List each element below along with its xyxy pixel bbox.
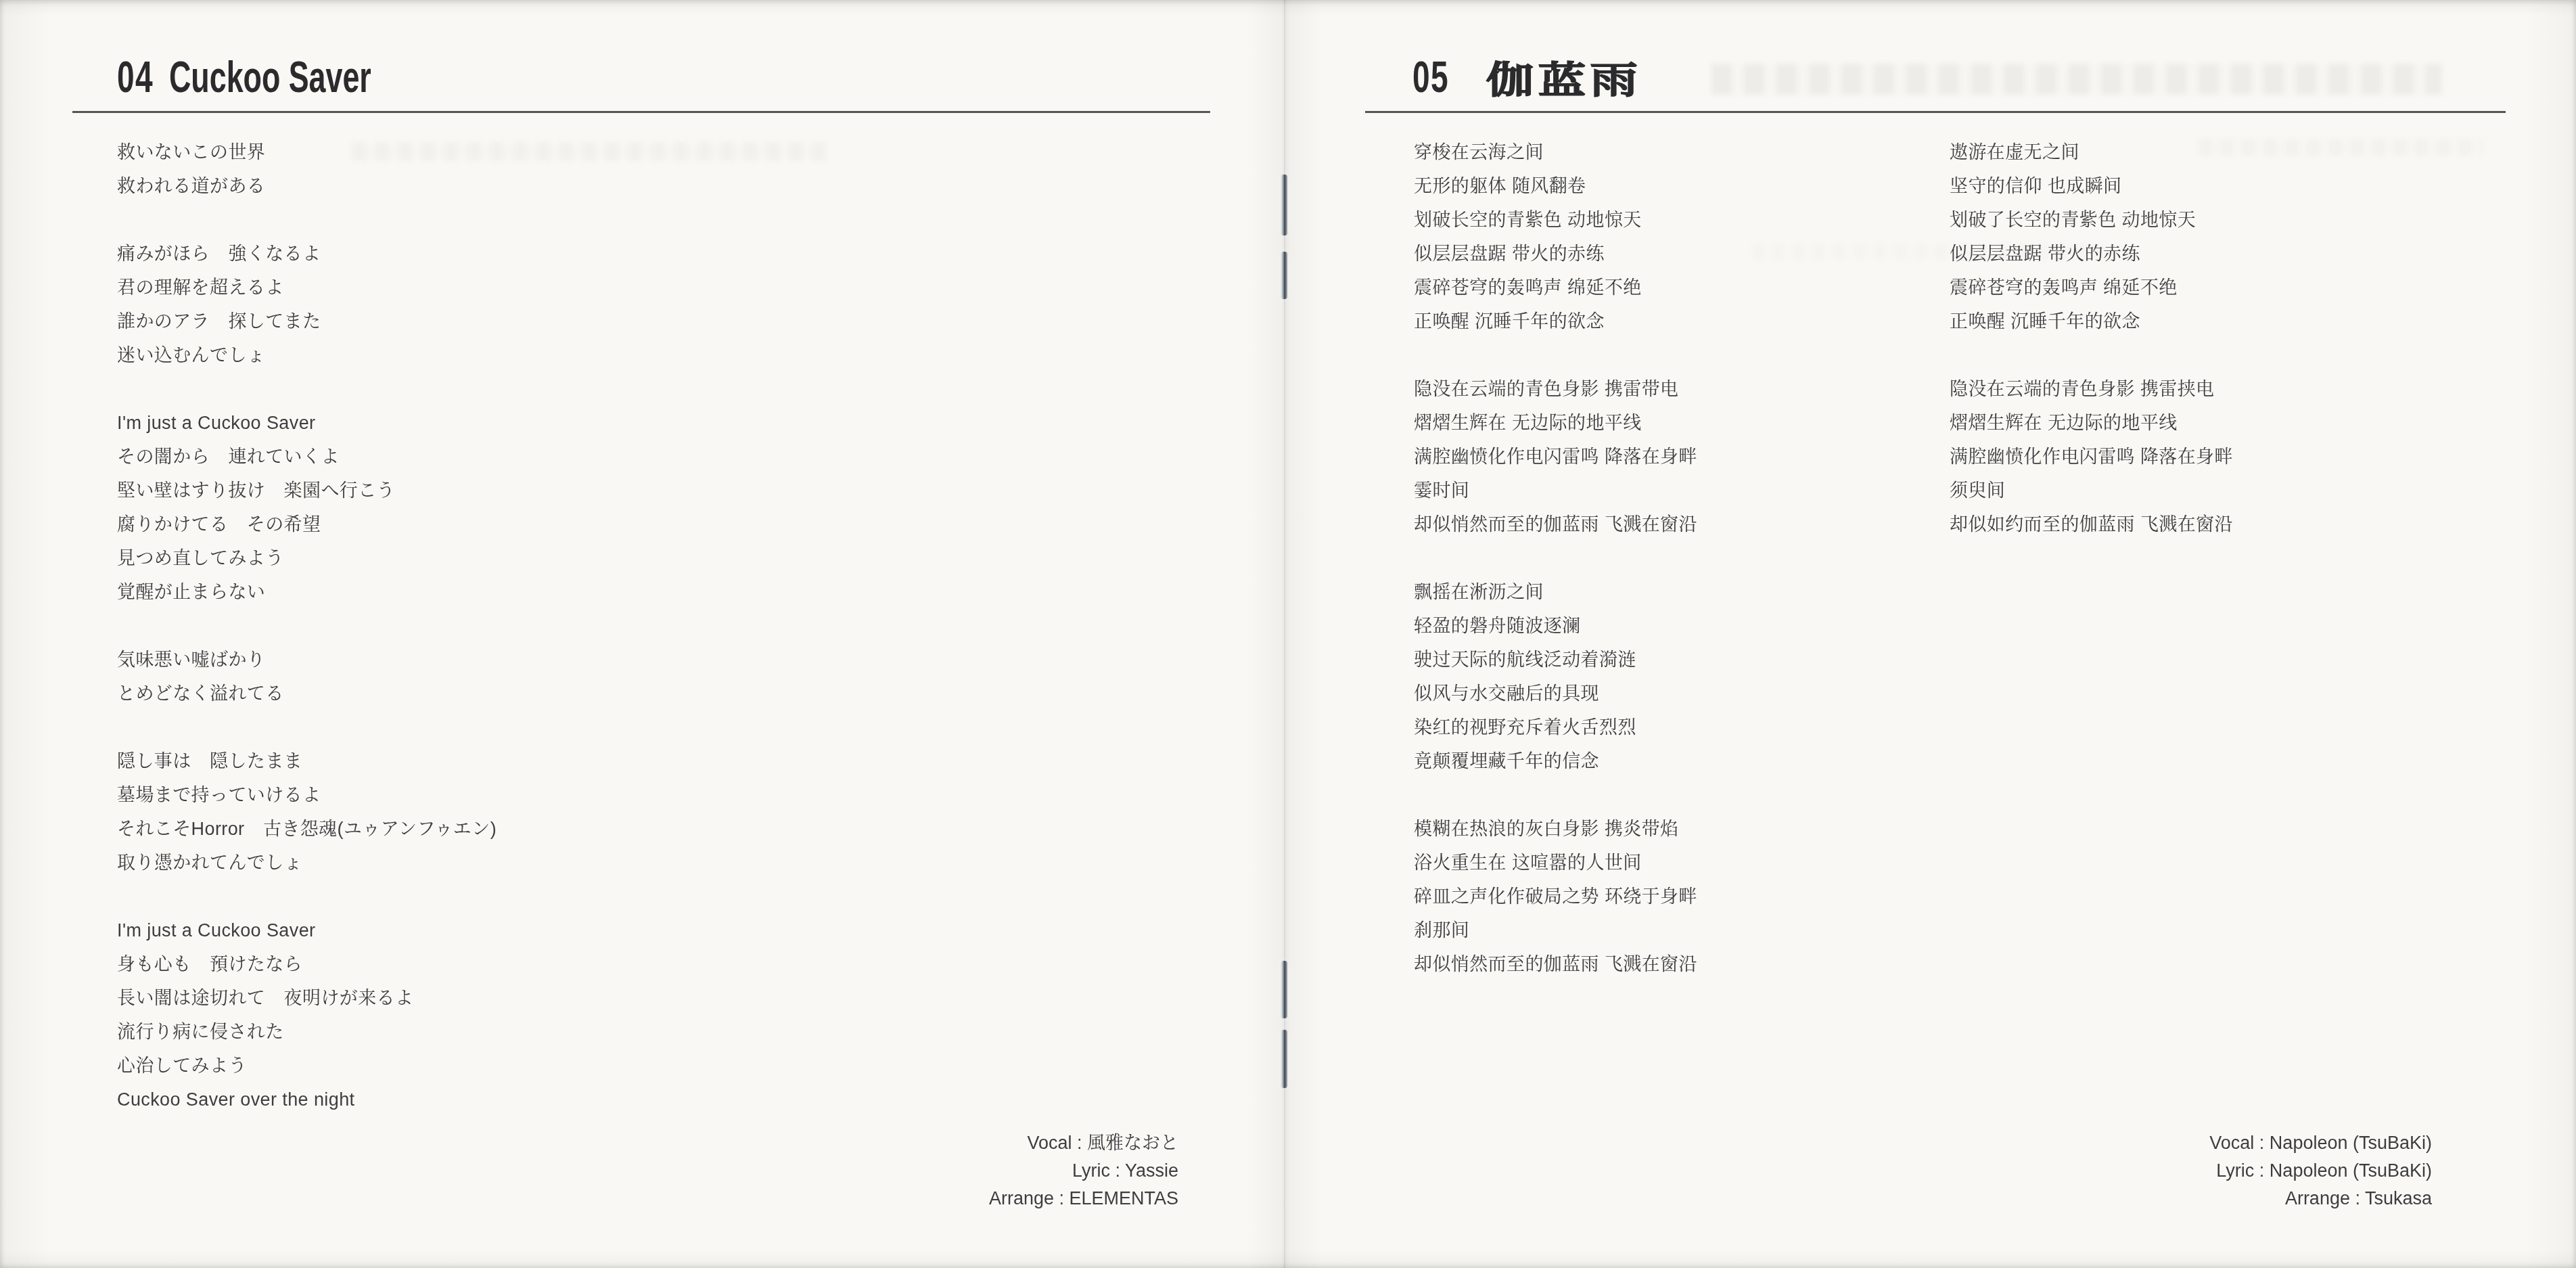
lyric-line: その闇から 連れていくよ — [117, 440, 497, 474]
lyric-line: 誰かのアラ 探してまた — [117, 304, 497, 338]
lyric-line: 轻盈的磐舟随波逐澜 — [1414, 609, 1697, 643]
lyrics-right-page-column-2: 遨游在虚无之间坚守的信仰 也成瞬间划破了长空的青紫色 动地惊天似层层盘踞 带火的… — [1950, 135, 2233, 575]
lyric-line: 君の理解を超えるよ — [117, 271, 497, 304]
stanza: 飘摇在淅沥之间轻盈的磐舟随波逐澜驶过天际的航线泛动着漪涟似风与水交融后的具现染红… — [1414, 575, 1697, 778]
lyric-line: Cuckoo Saver over the night — [117, 1083, 497, 1116]
lyric-line: 霎时间 — [1414, 474, 1697, 507]
stanza: I'm just a Cuckoo Saver身も心も 預けたなら長い闇は途切れ… — [117, 913, 497, 1116]
lyric-line: 穿梭在云海之间 — [1414, 135, 1697, 169]
lyric-line: 满腔幽愤化作电闪雷鸣 降落在身畔 — [1950, 440, 2233, 474]
staple-top — [1281, 252, 1287, 299]
lyric-line: 划破了长空的青紫色 动地惊天 — [1950, 203, 2233, 237]
lyric-line: 染红的视野充斥着火舌烈烈 — [1414, 710, 1697, 744]
lyric-line: 長い闇は途切れて 夜明けが来るよ — [117, 981, 497, 1015]
lyric-line: 救われる道がある — [117, 169, 497, 203]
lyric-line: 熠熠生辉在 无边际的地平线 — [1414, 406, 1697, 440]
lyric-line: 正唤醒 沉睡千年的欲念 — [1414, 304, 1697, 338]
lyric-line: 腐りかけてる その希望 — [117, 507, 497, 541]
lyric-line: 震碎苍穹的轰鸣声 绵延不绝 — [1950, 271, 2233, 304]
lyric-line: 墓場まで持っていけるよ — [117, 778, 497, 812]
lyric-line: 划破长空的青紫色 动地惊天 — [1414, 203, 1697, 237]
lyric-line: 竟颠覆埋藏千年的信念 — [1414, 744, 1697, 778]
credit-line: Lyric : Napoleon (TsuBaKi) — [2013, 1157, 2432, 1185]
header-rule — [1365, 111, 2506, 113]
lyric-line: 坚守的信仰 也成瞬间 — [1950, 169, 2233, 203]
lyric-line: 迷い込むんでしょ — [117, 338, 497, 372]
stanza: 穿梭在云海之间无形的躯体 随风翻卷划破长空的青紫色 动地惊天似层层盘踞 带火的赤… — [1414, 135, 1697, 338]
stanza: 隐没在云端的青色身影 携雷带电熠熠生辉在 无边际的地平线满腔幽愤化作电闪雷鸣 降… — [1414, 372, 1697, 541]
lyric-line: 取り憑かれてんでしょ — [117, 846, 497, 880]
lyric-line: 心治してみよう — [117, 1049, 497, 1083]
credit-line: Arrange : ELEMENTAS — [759, 1185, 1178, 1213]
stanza: 痛みがほら 強くなるよ君の理解を超えるよ誰かのアラ 探してまた迷い込むんでしょ — [117, 237, 497, 372]
lyric-line: 堅い壁はすり抜け 楽園へ行こう — [117, 474, 497, 507]
lyric-line: 正唤醒 沉睡千年的欲念 — [1950, 304, 2233, 338]
lyric-line: 须臾间 — [1950, 474, 2233, 507]
lyric-line: 震碎苍穹的轰鸣声 绵延不绝 — [1414, 271, 1697, 304]
lyric-line: 似层层盘踞 带火的赤练 — [1414, 237, 1697, 271]
scan-showthrough-smudge — [1711, 64, 2442, 95]
lyric-line: 隐没在云端的青色身影 携雷挟电 — [1950, 372, 2233, 406]
lyric-line: 却似悄然而至的伽蓝雨 飞溅在窗沿 — [1414, 947, 1697, 981]
credit-line: Vocal : Napoleon (TsuBaKi) — [2013, 1129, 2432, 1157]
lyric-line: とめどなく溢れてる — [117, 677, 497, 710]
lyric-line: 覚醒が止まらない — [117, 575, 497, 609]
lyric-line: 隠し事は 隠したまま — [117, 744, 497, 778]
lyrics-left-page: 救いないこの世界救われる道がある痛みがほら 強くなるよ君の理解を超えるよ誰かのア… — [117, 135, 497, 1150]
lyric-line: 刹那间 — [1414, 913, 1697, 947]
stanza: I'm just a Cuckoo Saverその闇から 連れていくよ堅い壁はす… — [117, 406, 497, 609]
lyric-line: I'm just a Cuckoo Saver — [117, 913, 497, 947]
lyric-line: 浴火重生在 这喧嚣的人世间 — [1414, 846, 1697, 880]
lyric-line: 見つめ直してみよう — [117, 541, 497, 575]
lyric-line: 模糊在热浪的灰白身影 携炎带焰 — [1414, 812, 1697, 846]
lyric-line: 痛みがほら 強くなるよ — [117, 237, 497, 271]
staple-top — [1281, 175, 1287, 235]
booklet-spread: 04 Cuckoo Saver 救いないこの世界救われる道がある痛みがほら 強く… — [0, 0, 2576, 1268]
credits-right-page: Vocal : Napoleon (TsuBaKi)Lyric : Napole… — [2013, 1129, 2432, 1213]
lyric-line: 驶过天际的航线泛动着漪涟 — [1414, 643, 1697, 677]
lyric-line: 救いないこの世界 — [117, 135, 497, 169]
staple-bottom — [1281, 961, 1287, 1018]
lyric-line: 无形的躯体 随风翻卷 — [1414, 169, 1697, 203]
lyrics-right-page-column-1: 穿梭在云海之间无形的躯体 随风翻卷划破长空的青紫色 动地惊天似层层盘踞 带火的赤… — [1414, 135, 1697, 1015]
stanza: 隐没在云端的青色身影 携雷挟电熠熠生辉在 无边际的地平线满腔幽愤化作电闪雷鸣 降… — [1950, 372, 2233, 541]
track-number: 04 — [117, 55, 154, 99]
scan-showthrough-smudge — [2199, 139, 2483, 156]
header-rule — [72, 111, 1210, 113]
track-title: 伽蓝雨 — [1486, 62, 1642, 99]
page-right: 05 伽蓝雨 穿梭在云海之间无形的躯体 随风翻卷划破长空的青紫色 动地惊天似层层… — [1319, 0, 2576, 1268]
lyric-line: 碎皿之声化作破局之势 环绕于身畔 — [1414, 880, 1697, 913]
lyric-line: 似风与水交融后的具现 — [1414, 677, 1697, 710]
lyric-line: それこそHorror 古き怨魂(ユゥアンフゥエン) — [117, 812, 497, 846]
lyric-line: 隐没在云端的青色身影 携雷带电 — [1414, 372, 1697, 406]
lyric-line: 流行り病に侵された — [117, 1015, 497, 1049]
lyric-line: 却似悄然而至的伽蓝雨 飞溅在窗沿 — [1414, 507, 1697, 541]
track-header-left: 04 Cuckoo Saver — [117, 57, 458, 99]
page-left: 04 Cuckoo Saver 救いないこの世界救われる道がある痛みがほら 強く… — [0, 0, 1265, 1268]
track-title: Cuckoo Saver — [169, 55, 371, 99]
lyric-line: 却似如约而至的伽蓝雨 飞溅在窗沿 — [1950, 507, 2233, 541]
lyric-line: I'm just a Cuckoo Saver — [117, 406, 497, 440]
credits-left-page: Vocal : 風雅なおとLyric : YassieArrange : ELE… — [759, 1129, 1178, 1213]
credit-line: Arrange : Tsukasa — [2013, 1185, 2432, 1213]
stanza: 隠し事は 隠したまま墓場まで持っていけるよそれこそHorror 古き怨魂(ユゥア… — [117, 744, 497, 880]
stanza: 救いないこの世界救われる道がある — [117, 135, 497, 203]
staple-bottom — [1281, 1030, 1287, 1088]
credit-line: Vocal : 風雅なおと — [759, 1129, 1178, 1157]
credit-line: Lyric : Yassie — [759, 1157, 1178, 1185]
lyric-line: 身も心も 預けたなら — [117, 947, 497, 981]
lyric-line: 似层层盘踞 带火的赤练 — [1950, 237, 2233, 271]
lyric-line: 飘摇在淅沥之间 — [1414, 575, 1697, 609]
lyric-line: 遨游在虚无之间 — [1950, 135, 2233, 169]
stanza: 遨游在虚无之间坚守的信仰 也成瞬间划破了长空的青紫色 动地惊天似层层盘踞 带火的… — [1950, 135, 2233, 338]
stanza: 気味悪い嘘ばかりとめどなく溢れてる — [117, 643, 497, 710]
lyric-line: 気味悪い嘘ばかり — [117, 643, 497, 677]
track-number: 05 — [1412, 55, 1449, 99]
stanza: 模糊在热浪的灰白身影 携炎带焰浴火重生在 这喧嚣的人世间碎皿之声化作破局之势 环… — [1414, 812, 1697, 981]
lyric-line: 满腔幽愤化作电闪雷鸣 降落在身畔 — [1414, 440, 1697, 474]
track-header-right: 05 伽蓝雨 — [1412, 57, 1608, 99]
lyric-line: 熠熠生辉在 无边际的地平线 — [1950, 406, 2233, 440]
